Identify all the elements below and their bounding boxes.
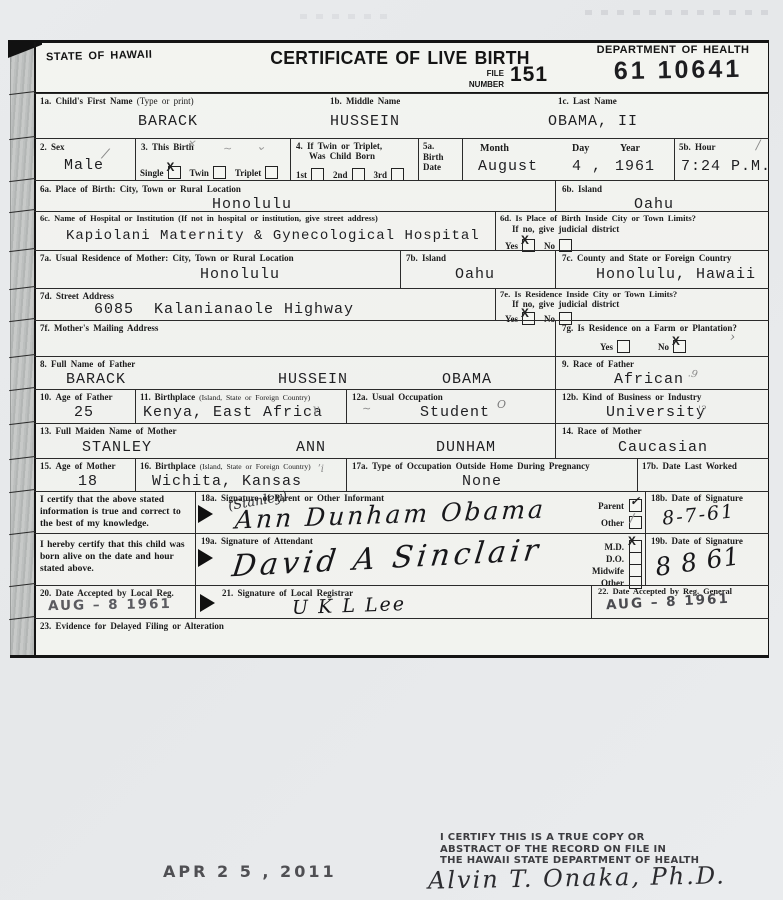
- grid-line: [555, 320, 556, 356]
- field-17a-label: 17a. Type of Occupation Outside Home Dur…: [352, 461, 590, 471]
- field-23-label: 23. Evidence for Delayed Filing or Alter…: [40, 621, 224, 631]
- grid-line: [195, 585, 196, 618]
- grid-line: [555, 389, 556, 423]
- grid-line: [637, 458, 638, 491]
- grid-line: [34, 491, 769, 492]
- attendant-certification-statement: I hereby certify that this child was bor…: [40, 540, 190, 575]
- field-13-label: 13. Full Maiden Name of Mother: [40, 426, 176, 436]
- pencil-mark: ∼: [223, 142, 232, 155]
- value-father-middle: HUSSEIN: [278, 371, 348, 388]
- value-street-address: 6085 Kalanianaole Highway: [94, 301, 354, 318]
- grid-line: [346, 458, 347, 491]
- pencil-mark: γ: [312, 402, 319, 416]
- grid-line: [195, 533, 196, 585]
- checkbox-7e-yes: X: [522, 312, 535, 325]
- grid-line: [135, 389, 136, 423]
- checkbox-other-informant: ∕: [629, 516, 642, 529]
- field-1a-label: 1a. Child's First Name (Type or print): [40, 96, 194, 106]
- field-12b-label: 12b. Kind of Business or Industry: [562, 392, 701, 402]
- field-2-label: 2. Sex: [40, 142, 65, 152]
- value-father-last: OBAMA: [442, 371, 492, 388]
- value-mother-middle: ANN: [296, 439, 326, 456]
- month-header: Month: [480, 143, 509, 154]
- value-father-occupation: Student: [420, 404, 490, 421]
- field-17b-label: 17b. Date Last Worked: [642, 461, 737, 471]
- field-9-label: 9. Race of Father: [562, 359, 634, 369]
- field-12a-label: 12a. Usual Occupation: [352, 392, 443, 402]
- field-6a-label: 6a. Place of Birth: City, Town or Rural …: [40, 184, 241, 194]
- grid-line: [135, 458, 136, 491]
- value-hour: 7:24 P.M.: [681, 158, 771, 175]
- grid-line: [34, 93, 769, 94]
- grid-line: [34, 458, 769, 459]
- certificate-number-stamp: 61 10641: [588, 54, 768, 86]
- value-mother-race: Caucasian: [618, 439, 708, 456]
- grid-line: [195, 491, 196, 533]
- grid-line: [34, 138, 769, 139]
- checkbox-7g-no: X: [673, 340, 686, 353]
- informant-other-option: Other∕: [560, 513, 642, 531]
- form-left-border: [34, 42, 36, 657]
- grid-line: [135, 138, 136, 180]
- document-title: CERTIFICATE OF LIVE BIRTH: [262, 47, 538, 69]
- field-7e-label: 7e. Is Residence Inside City or Town Lim…: [500, 289, 677, 299]
- value-father-first: BARACK: [66, 371, 126, 388]
- value-hospital: Kapiolani Maternity & Gynecological Hosp…: [66, 228, 480, 244]
- field-6d-label: 6d. Is Place of Birth Inside City or Tow…: [500, 213, 696, 223]
- grid-line: [34, 288, 769, 289]
- pencil-mark: ✕: [187, 139, 195, 150]
- value-father-industry: University: [606, 404, 706, 421]
- value-middle-name: HUSSEIN: [330, 113, 400, 130]
- day-header: Day: [572, 143, 589, 154]
- grid-line: [34, 250, 769, 251]
- grid-line: [346, 389, 347, 423]
- form-top-border: [8, 40, 769, 43]
- grid-line: [495, 288, 496, 320]
- value-last-name: OBAMA, II: [548, 113, 638, 130]
- grid-line: [34, 211, 769, 212]
- grid-line: [34, 356, 769, 357]
- value-residence-city: Honolulu: [200, 266, 280, 283]
- field-7f-label: 7f. Mother's Mailing Address: [40, 323, 158, 333]
- grid-line: [495, 211, 496, 250]
- grid-line: [645, 491, 646, 533]
- grid-line: [34, 585, 769, 586]
- field-8-label: 8. Full Name of Father: [40, 359, 135, 369]
- field-1c-label: 1c. Last Name: [558, 96, 617, 106]
- grid-line: [34, 423, 769, 424]
- grid-line: [34, 180, 769, 181]
- field-14-label: 14. Race of Mother: [562, 426, 641, 436]
- field-10-label: 10. Age of Father: [40, 392, 112, 402]
- field-7c-label: 7c. County and State or Foreign Country: [562, 253, 731, 263]
- value-mother-last: DUNHAM: [436, 439, 496, 456]
- grid-line: [34, 320, 769, 321]
- field-19a-label: 19a. Signature of Attendant: [201, 536, 313, 546]
- signature-arrow-icon: [198, 549, 213, 567]
- pencil-mark: ʼ: [712, 464, 716, 478]
- local-registrar-signature: U K L Lee: [292, 593, 407, 619]
- form-bottom-border: [10, 655, 769, 658]
- field-7d-label: 7d. Street Address: [40, 291, 114, 301]
- value-residence-island: Oahu: [455, 266, 495, 283]
- pencil-mark: ʹi: [318, 464, 324, 475]
- field-7g-label: 7g. Is Residence on a Farm or Plantation…: [562, 323, 737, 333]
- field-1b-label: 1b. Middle Name: [330, 96, 400, 106]
- field-15-label: 15. Age of Mother: [40, 461, 115, 471]
- value-birth-month: August: [478, 158, 538, 175]
- field-11-label: 11. Birthplace (Island, State or Foreign…: [140, 393, 310, 402]
- pencil-mark: .9: [687, 368, 698, 380]
- grid-line: [555, 180, 556, 211]
- pencil-mark: '?: [698, 405, 706, 416]
- grid-line: [400, 250, 401, 288]
- value-birth-day: 4 ,: [572, 158, 602, 175]
- value-father-race: African: [614, 371, 684, 388]
- field-7b-label: 7b. Island: [406, 253, 446, 263]
- value-mother-age: 18: [78, 473, 98, 490]
- grid-line: [34, 618, 769, 619]
- checkbox-single: X: [168, 166, 181, 179]
- checkbox-triplet: [265, 166, 278, 179]
- value-father-birthplace: Kenya, East Africa: [143, 404, 323, 421]
- file-number-label: FILE NUMBER: [430, 67, 504, 89]
- value-father-age: 25: [74, 404, 94, 421]
- true-copy-certification-stamp: I CERTIFY THIS IS A TRUE COPY OR ABSTRAC…: [440, 832, 699, 867]
- field-3-options: SingleXTwinTriplet: [140, 163, 278, 181]
- grid-line: [591, 585, 592, 618]
- field-7a-label: 7a. Usual Residence of Mother: City, Tow…: [40, 253, 294, 263]
- pencil-mark: ∕: [756, 138, 760, 153]
- signature-arrow-icon: [200, 594, 215, 612]
- field-6b-label: 6b. Island: [562, 184, 602, 194]
- signature-arrow-icon: [198, 505, 213, 523]
- field-6c-label: 6c. Name of Hospital or Institution (If …: [40, 214, 378, 223]
- parent-certification-statement: I certify that the above stated informat…: [40, 495, 190, 530]
- checkbox-twin: [213, 166, 226, 179]
- date-filed-stamp: APR 2 5 , 2011: [163, 862, 337, 881]
- field-5b-label: 5b. Hour: [679, 142, 716, 152]
- field-5a-num: 5a.: [423, 141, 434, 151]
- field-16-label: 16. Birthplace (Island, State or Foreign…: [140, 462, 311, 471]
- grid-line: [555, 250, 556, 288]
- grid-line: [290, 138, 291, 180]
- value-mother-occupation: None: [462, 473, 502, 490]
- pencil-mark: ⌄: [256, 139, 266, 153]
- pencil-mark: ∼: [362, 402, 371, 415]
- value-mother-first: STANLEY: [82, 439, 152, 456]
- grid-line: [34, 533, 769, 534]
- pencil-mark: ›: [730, 330, 735, 345]
- pencil-mark: O: [497, 398, 506, 411]
- value-birth-year: 1961: [615, 158, 655, 175]
- year-header: Year: [620, 143, 640, 154]
- field-7g-options: YesNoX: [600, 337, 695, 355]
- field-3-label: 3. This Birth: [141, 142, 194, 152]
- field-4-label: 4. If Twin or Triplet,: [296, 141, 382, 151]
- checkbox-7g-yes: [617, 340, 630, 353]
- grid-line: [555, 423, 556, 458]
- grid-line: [674, 138, 675, 180]
- bleed-through-smudge: [585, 10, 775, 15]
- value-mother-birthplace: Wichita, Kansas: [152, 473, 302, 490]
- form-right-border: [768, 42, 770, 657]
- value-sex: Male: [64, 157, 104, 174]
- local-reg-date-stamp: AUG – 8 1961: [48, 596, 172, 614]
- state-registrar-signature: Alvin T. Onaka, Ph.D.: [428, 861, 726, 894]
- value-residence-county: Honolulu, Hawaii: [596, 266, 756, 283]
- value-first-name: BARACK: [138, 113, 198, 130]
- grid-line: [645, 533, 646, 585]
- grid-line: [555, 356, 556, 389]
- scanned-birth-certificate: STATE OF HAWAII CERTIFICATE OF LIVE BIRT…: [0, 0, 783, 900]
- grid-line: [418, 138, 419, 180]
- file-number: 151: [510, 63, 548, 87]
- grid-line: [462, 138, 463, 180]
- bleed-through-smudge: [300, 14, 390, 19]
- grid-line: [34, 389, 769, 390]
